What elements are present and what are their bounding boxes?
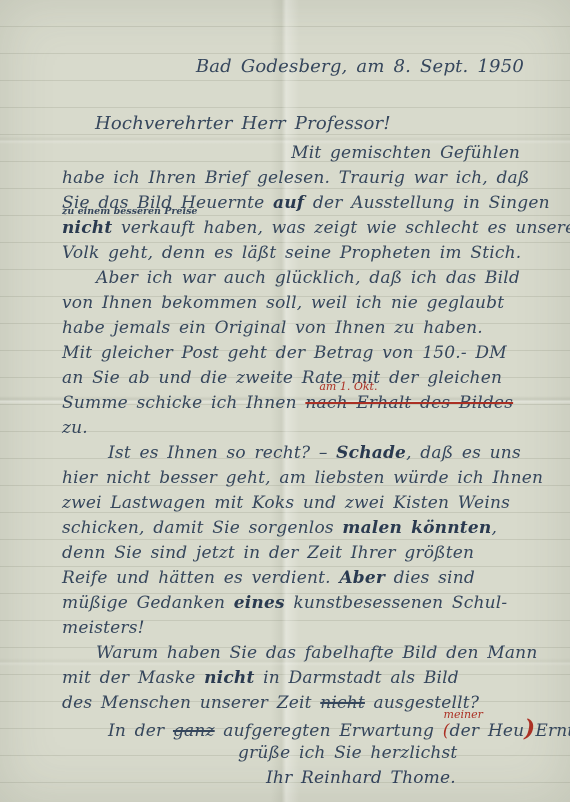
text-segment: denn Sie sind jetzt in der Zeit Ihrer gr… xyxy=(62,543,474,563)
letter-line: Aber ich war auch glücklich, daß ich das… xyxy=(62,266,530,291)
letter-line: grüße ich Sie herzlichst xyxy=(62,741,530,766)
struck-text: ganz xyxy=(173,721,215,741)
text-segment: der Ausstellung in Singen xyxy=(304,193,549,213)
text-segment: Aber ich war auch glücklich, daß ich das… xyxy=(96,268,520,288)
text-segment: grüße ich Sie herzlichst xyxy=(238,743,457,763)
text-segment: Mit gemischten Gefühlen xyxy=(291,143,520,163)
interline-insertion: zu einem besseren Preise xyxy=(62,207,197,217)
text-segment: meisters! xyxy=(62,618,145,638)
text-segment: Reife und hätten es verdient. xyxy=(62,568,339,588)
letter-line: Mit gleicher Post geht der Betrag von 15… xyxy=(62,341,530,366)
text-segment: Ernte xyxy=(535,721,570,741)
text-segment: In der xyxy=(108,721,173,741)
text-segment: des Menschen unserer Zeit xyxy=(62,693,320,713)
letter-line: Summe schicke ich Ihnen nach Erhalt des … xyxy=(62,391,530,416)
text-segment: müßige Gedanken xyxy=(62,593,234,613)
text-segment: ) xyxy=(524,715,535,742)
text-segment: schicken, damit Sie sorgenlos xyxy=(62,518,342,538)
text-segment: hier nicht besser geht, am liebsten würd… xyxy=(62,468,543,488)
letter-line: Reife und hätten es verdient. Aber dies … xyxy=(62,566,530,591)
letter-body: Mit gemischten Gefühlenhabe ich Ihren Br… xyxy=(62,141,530,791)
text-segment: mit der Maske xyxy=(62,668,204,688)
letter-content: Bad Godesberg, am 8. Sept. 1950 Hochvere… xyxy=(0,0,570,802)
text-segment: auf xyxy=(273,193,304,213)
text-segment: nicht xyxy=(204,668,254,688)
letter-line: müßige Gedanken eines kunstbesessenen Sc… xyxy=(62,591,530,616)
interline-insertion: am 1. Okt. xyxy=(319,382,377,392)
letter-line: nichtzu einem besseren Preise verkauft h… xyxy=(62,216,530,241)
letter-line: hier nicht besser geht, am liebsten würd… xyxy=(62,466,530,491)
text-segment: von Ihnen bekommen soll, weil ich nie ge… xyxy=(62,293,504,313)
text-segment: kunstbesessenen Schul- xyxy=(285,593,508,613)
letter-line: Volk geht, denn es läßt seine Propheten … xyxy=(62,241,530,266)
text-segment: Ihr Reinhard Thome. xyxy=(266,768,456,788)
letter-line: zwei Lastwagen mit Koks und zwei Kisten … xyxy=(62,491,530,516)
struck-text: nach Erhalt des Bildesam 1. Okt. xyxy=(305,393,513,413)
text-segment: der Heumeiner xyxy=(450,721,525,741)
letter-line: zu. xyxy=(62,416,530,441)
letter-line: Ist es Ihnen so recht? – Schade, daß es … xyxy=(62,441,530,466)
text-segment: Aber xyxy=(339,568,385,588)
letter-line: von Ihnen bekommen soll, weil ich nie ge… xyxy=(62,291,530,316)
letter-line: habe ich Ihren Brief gelesen. Traurig wa… xyxy=(62,166,530,191)
letter-line: an Sie ab und die zweite Rate mit der gl… xyxy=(62,366,530,391)
text-segment: verkauft haben, was zeigt wie schlecht e… xyxy=(112,218,570,238)
text-segment: zu. xyxy=(62,418,88,438)
letter-line: In der ganz aufgeregten Erwartung (der H… xyxy=(62,716,530,741)
letter-line: mit der Maske nicht in Darmstadt als Bil… xyxy=(62,666,530,691)
text-segment: eines xyxy=(234,593,285,613)
text-segment: Volk geht, denn es läßt seine Propheten … xyxy=(62,243,521,263)
text-segment: , daß es uns xyxy=(406,443,521,463)
interline-insertion: meiner xyxy=(444,710,483,720)
text-segment: malen könnten xyxy=(342,518,491,538)
letter-page: Bad Godesberg, am 8. Sept. 1950 Hochvere… xyxy=(0,0,570,802)
letter-line: Warum haben Sie das fabelhafte Bild den … xyxy=(62,641,530,666)
letter-line: schicken, damit Sie sorgenlos malen könn… xyxy=(62,516,530,541)
text-segment: aufgeregten Erwartung xyxy=(215,721,443,741)
text-segment: in Darmstadt als Bild xyxy=(255,668,459,688)
text-segment: Mit gleicher Post geht der Betrag von 15… xyxy=(62,343,507,363)
struck-text: nicht xyxy=(320,693,365,713)
letter-line: Mit gemischten Gefühlen xyxy=(62,141,530,166)
text-segment: Summe schicke ich Ihnen xyxy=(62,393,305,413)
text-segment: Schade xyxy=(336,443,406,463)
text-segment: , xyxy=(491,518,497,538)
text-segment: habe ich Ihren Brief gelesen. Traurig wa… xyxy=(62,168,529,188)
text-segment: Ist es Ihnen so recht? – xyxy=(108,443,336,463)
text-segment: dies sind xyxy=(385,568,475,588)
text-segment: ( xyxy=(443,721,450,741)
text-segment: habe jemals ein Original von Ihnen zu ha… xyxy=(62,318,483,338)
dateline: Bad Godesberg, am 8. Sept. 1950 xyxy=(62,54,530,79)
text-segment: zwei Lastwagen mit Koks und zwei Kisten … xyxy=(62,493,510,513)
letter-line: Ihr Reinhard Thome. xyxy=(62,766,530,791)
text-segment: an Sie ab und die zweite Rate mit der gl… xyxy=(62,368,502,388)
text-segment: Warum haben Sie das fabelhafte Bild den … xyxy=(96,643,537,663)
salutation: Hochverehrter Herr Professor! xyxy=(62,111,530,136)
letter-line: denn Sie sind jetzt in der Zeit Ihrer gr… xyxy=(62,541,530,566)
letter-line: meisters! xyxy=(62,616,530,641)
letter-line: habe jemals ein Original von Ihnen zu ha… xyxy=(62,316,530,341)
text-segment: nichtzu einem besseren Preise xyxy=(62,218,112,238)
